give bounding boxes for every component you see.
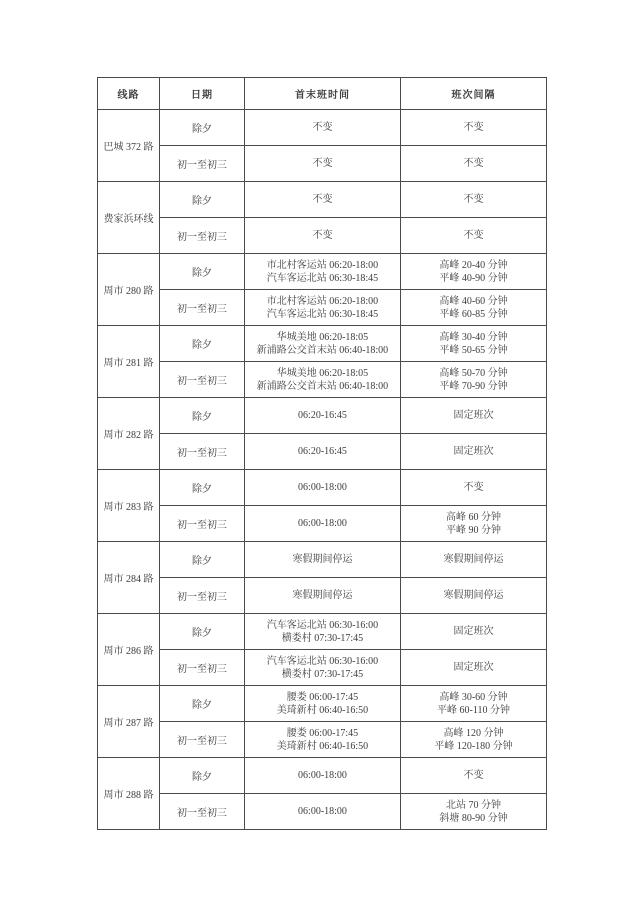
table-row: 费家浜环线除夕不变不变 (98, 182, 547, 218)
time-line: 汽车客运北站 06:30-18:45 (247, 308, 398, 321)
interval-cell: 不变 (401, 758, 547, 794)
time-cell: 06:20-16:45 (245, 398, 401, 434)
time-line: 汽车客运北站 06:30-16:00 (247, 619, 398, 632)
interval-line: 不变 (403, 157, 544, 170)
time-cell: 06:20-16:45 (245, 434, 401, 470)
route-name-cell: 周市 281 路 (98, 326, 160, 398)
time-line: 06:20-16:45 (247, 445, 398, 458)
time-cell: 华城美地 06:20-18:05新浦路公交首末站 06:40-18:00 (245, 362, 401, 398)
date-cell: 初一至初三 (160, 146, 245, 182)
table-row: 初一至初三腰娄 06:00-17:45美琦新村 06:40-16:50高峰 12… (98, 722, 547, 758)
date-cell: 初一至初三 (160, 722, 245, 758)
time-cell: 06:00-18:00 (245, 758, 401, 794)
bus-schedule-table-wrap: 线路 日期 首末班时间 班次间隔 巴城 372 路除夕不变不变初一至初三不变不变… (97, 77, 547, 830)
time-cell: 汽车客运北站 06:30-16:00横娄村 07:30-17:45 (245, 650, 401, 686)
route-name-cell: 周市 287 路 (98, 686, 160, 758)
interval-line: 高峰 20-40 分钟 (403, 259, 544, 272)
table-row: 周市 282 路除夕06:20-16:45固定班次 (98, 398, 547, 434)
interval-cell: 不变 (401, 110, 547, 146)
time-line: 06:00-18:00 (247, 805, 398, 818)
time-line: 不变 (247, 229, 398, 242)
table-row: 初一至初三汽车客运北站 06:30-16:00横娄村 07:30-17:45固定… (98, 650, 547, 686)
interval-line: 平峰 40-90 分钟 (403, 272, 544, 285)
date-cell: 除夕 (160, 614, 245, 650)
date-cell: 初一至初三 (160, 434, 245, 470)
time-line: 市北村客运站 06:20-18:00 (247, 295, 398, 308)
date-cell: 初一至初三 (160, 794, 245, 830)
bus-schedule-table: 线路 日期 首末班时间 班次间隔 巴城 372 路除夕不变不变初一至初三不变不变… (97, 77, 547, 830)
time-line: 不变 (247, 121, 398, 134)
time-line: 腰娄 06:00-17:45 (247, 691, 398, 704)
time-line: 华城美地 06:20-18:05 (247, 367, 398, 380)
column-header-interval: 班次间隔 (401, 78, 547, 110)
interval-line: 固定班次 (403, 625, 544, 638)
time-cell: 寒假期间停运 (245, 578, 401, 614)
date-cell: 初一至初三 (160, 578, 245, 614)
interval-line: 高峰 120 分钟 (403, 727, 544, 740)
time-line: 腰娄 06:00-17:45 (247, 727, 398, 740)
date-cell: 初一至初三 (160, 506, 245, 542)
time-cell: 汽车客运北站 06:30-16:00横娄村 07:30-17:45 (245, 614, 401, 650)
date-cell: 除夕 (160, 542, 245, 578)
table-row: 初一至初三不变不变 (98, 146, 547, 182)
date-cell: 除夕 (160, 254, 245, 290)
time-cell: 不变 (245, 182, 401, 218)
table-row: 初一至初三06:20-16:45固定班次 (98, 434, 547, 470)
interval-line: 不变 (403, 769, 544, 782)
interval-cell: 高峰 60 分钟平峰 90 分钟 (401, 506, 547, 542)
table-row: 周市 287 路除夕腰娄 06:00-17:45美琦新村 06:40-16:50… (98, 686, 547, 722)
interval-line: 高峰 30-60 分钟 (403, 691, 544, 704)
date-cell: 除夕 (160, 758, 245, 794)
interval-line: 平峰 120-180 分钟 (403, 740, 544, 753)
route-name-cell: 周市 286 路 (98, 614, 160, 686)
date-cell: 初一至初三 (160, 218, 245, 254)
time-cell: 市北村客运站 06:20-18:00汽车客运北站 06:30-18:45 (245, 290, 401, 326)
time-line: 横娄村 07:30-17:45 (247, 668, 398, 681)
interval-cell: 寒假期间停运 (401, 578, 547, 614)
header-row: 线路 日期 首末班时间 班次间隔 (98, 78, 547, 110)
time-cell: 市北村客运站 06:20-18:00汽车客运北站 06:30-18:45 (245, 254, 401, 290)
time-line: 市北村客运站 06:20-18:00 (247, 259, 398, 272)
interval-line: 不变 (403, 481, 544, 494)
interval-cell: 固定班次 (401, 398, 547, 434)
table-row: 周市 286 路除夕汽车客运北站 06:30-16:00横娄村 07:30-17… (98, 614, 547, 650)
time-line: 横娄村 07:30-17:45 (247, 632, 398, 645)
date-cell: 除夕 (160, 182, 245, 218)
table-row: 初一至初三06:00-18:00高峰 60 分钟平峰 90 分钟 (98, 506, 547, 542)
date-cell: 除夕 (160, 326, 245, 362)
time-cell: 腰娄 06:00-17:45美琦新村 06:40-16:50 (245, 686, 401, 722)
route-name-cell: 周市 282 路 (98, 398, 160, 470)
interval-line: 平峰 60-85 分钟 (403, 308, 544, 321)
interval-line: 不变 (403, 121, 544, 134)
time-cell: 寒假期间停运 (245, 542, 401, 578)
interval-cell: 高峰 20-40 分钟平峰 40-90 分钟 (401, 254, 547, 290)
interval-line: 高峰 40-60 分钟 (403, 295, 544, 308)
interval-line: 固定班次 (403, 409, 544, 422)
time-line: 06:20-16:45 (247, 409, 398, 422)
interval-line: 平峰 70-90 分钟 (403, 380, 544, 393)
time-cell: 06:00-18:00 (245, 506, 401, 542)
route-name-cell: 费家浜环线 (98, 182, 160, 254)
interval-cell: 固定班次 (401, 434, 547, 470)
table-row: 周市 288 路除夕06:00-18:00不变 (98, 758, 547, 794)
interval-line: 高峰 30-40 分钟 (403, 331, 544, 344)
interval-cell: 固定班次 (401, 650, 547, 686)
column-header-date: 日期 (160, 78, 245, 110)
time-line: 不变 (247, 157, 398, 170)
table-row: 初一至初三不变不变 (98, 218, 547, 254)
table-row: 周市 280 路除夕市北村客运站 06:20-18:00汽车客运北站 06:30… (98, 254, 547, 290)
time-cell: 不变 (245, 110, 401, 146)
interval-cell: 不变 (401, 182, 547, 218)
interval-cell: 高峰 120 分钟平峰 120-180 分钟 (401, 722, 547, 758)
interval-line: 斜塘 80-90 分钟 (403, 812, 544, 825)
date-cell: 除夕 (160, 398, 245, 434)
interval-cell: 不变 (401, 146, 547, 182)
time-line: 汽车客运北站 06:30-18:45 (247, 272, 398, 285)
interval-cell: 固定班次 (401, 614, 547, 650)
interval-cell: 北站 70 分钟斜塘 80-90 分钟 (401, 794, 547, 830)
interval-line: 高峰 50-70 分钟 (403, 367, 544, 380)
time-cell: 06:00-18:00 (245, 794, 401, 830)
time-line: 美琦新村 06:40-16:50 (247, 740, 398, 753)
interval-line: 寒假期间停运 (403, 553, 544, 566)
interval-cell: 不变 (401, 218, 547, 254)
column-header-time: 首末班时间 (245, 78, 401, 110)
interval-line: 北站 70 分钟 (403, 799, 544, 812)
route-name-cell: 周市 288 路 (98, 758, 160, 830)
time-line: 06:00-18:00 (247, 481, 398, 494)
table-row: 巴城 372 路除夕不变不变 (98, 110, 547, 146)
table-row: 初一至初三06:00-18:00北站 70 分钟斜塘 80-90 分钟 (98, 794, 547, 830)
time-line: 寒假期间停运 (247, 553, 398, 566)
route-name-cell: 周市 283 路 (98, 470, 160, 542)
date-cell: 除夕 (160, 686, 245, 722)
route-name-cell: 周市 280 路 (98, 254, 160, 326)
interval-cell: 高峰 30-60 分钟平峰 60-110 分钟 (401, 686, 547, 722)
time-line: 新浦路公交首末站 06:40-18:00 (247, 380, 398, 393)
time-line: 汽车客运北站 06:30-16:00 (247, 655, 398, 668)
interval-cell: 不变 (401, 470, 547, 506)
time-line: 寒假期间停运 (247, 589, 398, 602)
time-cell: 不变 (245, 218, 401, 254)
route-name-cell: 周市 284 路 (98, 542, 160, 614)
time-cell: 腰娄 06:00-17:45美琦新村 06:40-16:50 (245, 722, 401, 758)
interval-line: 不变 (403, 193, 544, 206)
table-row: 初一至初三市北村客运站 06:20-18:00汽车客运北站 06:30-18:4… (98, 290, 547, 326)
time-line: 新浦路公交首末站 06:40-18:00 (247, 344, 398, 357)
interval-line: 固定班次 (403, 661, 544, 674)
interval-line: 平峰 60-110 分钟 (403, 704, 544, 717)
date-cell: 除夕 (160, 470, 245, 506)
interval-cell: 高峰 30-40 分钟平峰 50-65 分钟 (401, 326, 547, 362)
interval-cell: 寒假期间停运 (401, 542, 547, 578)
time-cell: 华城美地 06:20-18:05新浦路公交首末站 06:40-18:00 (245, 326, 401, 362)
date-cell: 初一至初三 (160, 650, 245, 686)
interval-line: 平峰 90 分钟 (403, 524, 544, 537)
date-cell: 除夕 (160, 110, 245, 146)
interval-line: 不变 (403, 229, 544, 242)
time-line: 06:00-18:00 (247, 517, 398, 530)
table-row: 初一至初三寒假期间停运寒假期间停运 (98, 578, 547, 614)
time-line: 华城美地 06:20-18:05 (247, 331, 398, 344)
table-body: 巴城 372 路除夕不变不变初一至初三不变不变费家浜环线除夕不变不变初一至初三不… (98, 110, 547, 830)
table-row: 周市 281 路除夕华城美地 06:20-18:05新浦路公交首末站 06:40… (98, 326, 547, 362)
date-cell: 初一至初三 (160, 362, 245, 398)
interval-cell: 高峰 50-70 分钟平峰 70-90 分钟 (401, 362, 547, 398)
table-row: 周市 284 路除夕寒假期间停运寒假期间停运 (98, 542, 547, 578)
interval-cell: 高峰 40-60 分钟平峰 60-85 分钟 (401, 290, 547, 326)
column-header-route: 线路 (98, 78, 160, 110)
date-cell: 初一至初三 (160, 290, 245, 326)
time-cell: 06:00-18:00 (245, 470, 401, 506)
time-cell: 不变 (245, 146, 401, 182)
interval-line: 平峰 50-65 分钟 (403, 344, 544, 357)
route-name-cell: 巴城 372 路 (98, 110, 160, 182)
table-row: 周市 283 路除夕06:00-18:00不变 (98, 470, 547, 506)
interval-line: 高峰 60 分钟 (403, 511, 544, 524)
time-line: 不变 (247, 193, 398, 206)
time-line: 06:00-18:00 (247, 769, 398, 782)
interval-line: 寒假期间停运 (403, 589, 544, 602)
time-line: 美琦新村 06:40-16:50 (247, 704, 398, 717)
interval-line: 固定班次 (403, 445, 544, 458)
table-row: 初一至初三华城美地 06:20-18:05新浦路公交首末站 06:40-18:0… (98, 362, 547, 398)
